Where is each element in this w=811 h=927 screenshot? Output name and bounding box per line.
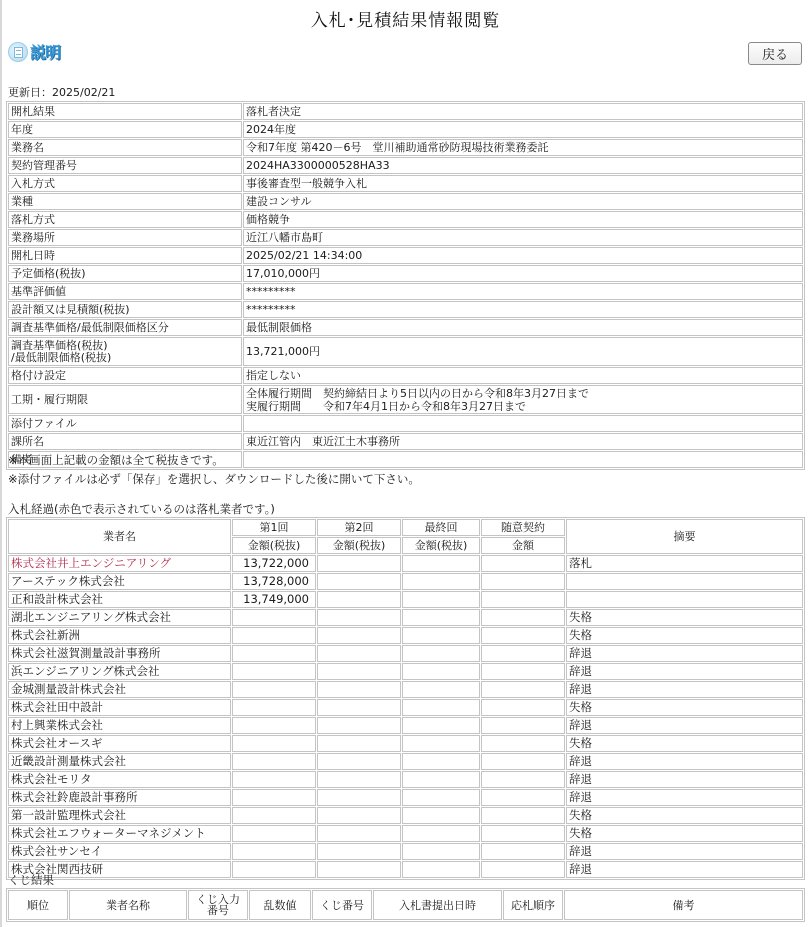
info-value: 2025/02/21 14:34:00 xyxy=(243,247,803,264)
info-row: 基準評価値********* xyxy=(8,283,803,300)
info-value: 令和7年度 第420－6号 堂川補助通常砂防現場技術業務委託 xyxy=(243,139,803,156)
negotiated-amount xyxy=(481,717,565,734)
header-round1: 第1回 xyxy=(232,519,316,536)
round1-amount xyxy=(232,735,316,752)
final-amount xyxy=(402,699,480,716)
final-amount xyxy=(402,753,480,770)
final-amount xyxy=(402,663,480,680)
info-row: 課所名東近江管内 東近江土木事務所 xyxy=(8,433,803,450)
negotiated-amount xyxy=(481,663,565,680)
header-amount: 金額(税抜) xyxy=(232,537,316,554)
round1-amount xyxy=(232,627,316,644)
bidder-name: 株式会社滋賀測量設計事務所 xyxy=(8,645,231,662)
attachment-cell xyxy=(243,415,803,432)
bid-history-caption: 入札経過(赤色で表示されているのは落札業者です。) xyxy=(8,501,275,517)
negotiated-amount xyxy=(481,753,565,770)
info-value: 事後審査型一般競争入札 xyxy=(243,175,803,192)
info-value: 指定しない xyxy=(243,367,803,384)
final-amount xyxy=(402,789,480,806)
bid-remarks: 失格 xyxy=(566,825,803,842)
bid-remarks: 辞退 xyxy=(566,681,803,698)
info-value: 落札者決定 xyxy=(243,103,803,120)
info-label: 予定価格(税抜) xyxy=(8,265,242,282)
bid-row: 村上興業株式会社辞退 xyxy=(8,717,803,734)
round1-amount xyxy=(232,789,316,806)
bidder-name: 株式会社新洲 xyxy=(8,627,231,644)
info-row: 業務場所近江八幡市島町 xyxy=(8,229,803,246)
negotiated-amount xyxy=(481,861,565,878)
info-value: ********* xyxy=(243,283,803,300)
round2-amount xyxy=(317,663,401,680)
negotiated-amount xyxy=(481,591,565,608)
bid-row: 湖北エンジニアリング株式会社失格 xyxy=(8,609,803,626)
info-value: 東近江管内 東近江土木事務所 xyxy=(243,433,803,450)
info-row: 年度2024年度 xyxy=(8,121,803,138)
bid-remarks: 失格 xyxy=(566,735,803,752)
bidder-name: アーステック株式会社 xyxy=(8,573,231,590)
final-amount xyxy=(402,591,480,608)
info-value: 13,721,000円 xyxy=(243,337,803,366)
info-row: 調査基準価格/最低制限価格区分最低制限価格 xyxy=(8,319,803,336)
info-row: 落札方式価格競争 xyxy=(8,211,803,228)
info-label: 落札方式 xyxy=(8,211,242,228)
info-label: 工期・履行期限 xyxy=(8,385,242,414)
round1-amount xyxy=(232,609,316,626)
info-row: 契約管理番号2024HA3300000528HA33 xyxy=(8,157,803,174)
header-final: 最終回 xyxy=(402,519,480,536)
bidder-name: 株式会社鈴鹿設計事務所 xyxy=(8,789,231,806)
bid-remarks: 辞退 xyxy=(566,771,803,788)
info-label: 契約管理番号 xyxy=(8,157,242,174)
round1-amount: 13,722,000 xyxy=(232,555,316,572)
header-amount: 金額(税抜) xyxy=(402,537,480,554)
info-row: 予定価格(税抜)17,010,000円 xyxy=(8,265,803,282)
round2-amount xyxy=(317,753,401,770)
round2-amount xyxy=(317,735,401,752)
info-row: 工期・履行期限 全体履行期間 契約締結日より5日以内の日から令和8年3月27日ま… xyxy=(8,385,803,414)
negotiated-amount xyxy=(481,681,565,698)
info-label: 設計額又は見積額(税抜) xyxy=(8,301,242,318)
bid-row: 近畿設計測量株式会社辞退 xyxy=(8,753,803,770)
info-value: 建設コンサル xyxy=(243,193,803,210)
round2-amount xyxy=(317,681,401,698)
info-value: 最低制限価格 xyxy=(243,319,803,336)
round2-amount xyxy=(317,843,401,860)
info-row: 業種建設コンサル xyxy=(8,193,803,210)
bid-remarks: 失格 xyxy=(566,699,803,716)
bidder-name: 株式会社井上エンジニアリング xyxy=(8,555,231,572)
bid-row: 株式会社モリタ辞退 xyxy=(8,771,803,788)
notes: ※本画面上記載の金額は全て税抜きです。 ※添付ファイルは必ず「保存」を選択し、ダ… xyxy=(8,451,420,489)
bid-remarks: 落札 xyxy=(566,555,803,572)
header-submission-datetime: 入札書提出日時 xyxy=(373,890,502,920)
header-amount: 金額(税抜) xyxy=(317,537,401,554)
page-title: 入札･見積結果情報閲覧 xyxy=(0,6,811,31)
bid-remarks: 辞退 xyxy=(566,843,803,860)
round1-amount xyxy=(232,681,316,698)
final-amount xyxy=(402,645,480,662)
header-bid-order: 応札順序 xyxy=(503,890,563,920)
info-row: 業務名令和7年度 第420－6号 堂川補助通常砂防現場技術業務委託 xyxy=(8,139,803,156)
info-value: 2024HA3300000528HA33 xyxy=(243,157,803,174)
updated-date: 更新日：2025/02/21 xyxy=(8,84,115,100)
info-value: 価格競争 xyxy=(243,211,803,228)
bidder-name: 株式会社オースギ xyxy=(8,735,231,752)
negotiated-amount xyxy=(481,573,565,590)
round2-amount xyxy=(317,627,401,644)
round2-amount xyxy=(317,807,401,824)
negotiated-amount xyxy=(481,555,565,572)
info-label: 調査基準価格/最低制限価格区分 xyxy=(8,319,242,336)
final-amount xyxy=(402,735,480,752)
info-label: 調査基準価格(税抜) /最低制限価格(税抜) xyxy=(8,337,242,366)
bid-remarks: 辞退 xyxy=(566,789,803,806)
bidder-name: 近畿設計測量株式会社 xyxy=(8,753,231,770)
bidder-name: 湖北エンジニアリング株式会社 xyxy=(8,609,231,626)
round2-amount xyxy=(317,861,401,878)
round2-amount xyxy=(317,591,401,608)
info-value: ********* xyxy=(243,301,803,318)
bid-row: 株式会社鈴鹿設計事務所辞退 xyxy=(8,789,803,806)
header-rank: 順位 xyxy=(8,890,68,920)
info-row: 開札結果落札者決定 xyxy=(8,103,803,120)
bid-row: 金城測量設計株式会社辞退 xyxy=(8,681,803,698)
bid-remarks xyxy=(566,573,803,590)
bidder-name: 正和設計株式会社 xyxy=(8,591,231,608)
final-amount xyxy=(402,555,480,572)
negotiated-amount xyxy=(481,771,565,788)
note-tax: ※本画面上記載の金額は全て税抜きです。 xyxy=(8,451,420,470)
header-random-value: 乱数値 xyxy=(249,890,311,920)
bid-row: 正和設計株式会社13,749,000 xyxy=(8,591,803,608)
info-row: 格付け設定指定しない xyxy=(8,367,803,384)
info-label: 業務名 xyxy=(8,139,242,156)
negotiated-amount xyxy=(481,609,565,626)
bid-remarks: 失格 xyxy=(566,627,803,644)
info-value: 2024年度 xyxy=(243,121,803,138)
final-amount xyxy=(402,843,480,860)
info-label: 課所名 xyxy=(8,433,242,450)
negotiated-amount xyxy=(481,789,565,806)
document-icon xyxy=(8,42,28,62)
negotiated-amount xyxy=(481,843,565,860)
bid-remarks: 失格 xyxy=(566,807,803,824)
bid-row: アーステック株式会社13,728,000 xyxy=(8,573,803,590)
info-label: 業務場所 xyxy=(8,229,242,246)
bidder-name: 株式会社サンセイ xyxy=(8,843,231,860)
negotiated-amount xyxy=(481,807,565,824)
negotiated-amount xyxy=(481,699,565,716)
bid-row: 株式会社エフウォーターマネジメント失格 xyxy=(8,825,803,842)
info-label-line2: /最低制限価格(税抜) xyxy=(11,352,239,364)
final-amount xyxy=(402,717,480,734)
bidder-name: 株式会社田中設計 xyxy=(8,699,231,716)
header-company: 業者名 xyxy=(8,519,231,554)
info-label: 開札結果 xyxy=(8,103,242,120)
round1-amount xyxy=(232,753,316,770)
round2-amount xyxy=(317,789,401,806)
round1-amount xyxy=(232,645,316,662)
info-label: 格付け設定 xyxy=(8,367,242,384)
round2-amount xyxy=(317,573,401,590)
info-value: 17,010,000円 xyxy=(243,265,803,282)
bid-row: 株式会社田中設計失格 xyxy=(8,699,803,716)
bid-row: 浜エンジニアリング株式会社辞退 xyxy=(8,663,803,680)
round1-amount xyxy=(232,861,316,878)
bid-history-table: 業者名 第1回 第2回 最終回 随意契約 摘要 金額(税抜) 金額(税抜) 金額… xyxy=(6,517,805,880)
info-value-line2: 実履行期間 令和7年4月1日から令和8年3月27日まで xyxy=(246,400,800,413)
help-label: 説明 xyxy=(30,40,60,63)
bid-remarks: 失格 xyxy=(566,609,803,626)
final-amount xyxy=(402,861,480,878)
bidder-name: 浜エンジニアリング株式会社 xyxy=(8,663,231,680)
round1-amount xyxy=(232,843,316,860)
info-label: 業種 xyxy=(8,193,242,210)
final-amount xyxy=(402,609,480,626)
bidder-name: 村上興業株式会社 xyxy=(8,717,231,734)
negotiated-amount xyxy=(481,825,565,842)
negotiated-amount xyxy=(481,645,565,662)
header-amount: 金額 xyxy=(481,537,565,554)
final-amount xyxy=(402,771,480,788)
info-value: 近江八幡市島町 xyxy=(243,229,803,246)
final-amount xyxy=(402,807,480,824)
header-remarks: 備考 xyxy=(564,890,803,920)
bid-row: 株式会社新洲失格 xyxy=(8,627,803,644)
round1-amount xyxy=(232,807,316,824)
header-round2: 第2回 xyxy=(317,519,401,536)
info-row: 入札方式事後審査型一般競争入札 xyxy=(8,175,803,192)
header-lot-number: くじ番号 xyxy=(312,890,372,920)
round1-amount: 13,728,000 xyxy=(232,573,316,590)
bid-remarks: 辞退 xyxy=(566,861,803,878)
info-table: 開札結果落札者決定 年度2024年度 業務名令和7年度 第420－6号 堂川補助… xyxy=(6,101,805,470)
info-value-line1: 全体履行期間 契約締結日より5日以内の日から令和8年3月27日まで xyxy=(246,387,800,400)
info-label: 入札方式 xyxy=(8,175,242,192)
negotiated-amount xyxy=(481,735,565,752)
final-amount xyxy=(402,627,480,644)
header-remarks: 摘要 xyxy=(566,519,803,554)
round2-amount xyxy=(317,555,401,572)
header-company-name: 業者名称 xyxy=(69,890,187,920)
bid-remarks xyxy=(566,591,803,608)
info-row: 調査基準価格(税抜) /最低制限価格(税抜) 13,721,000円 xyxy=(8,337,803,366)
round2-amount xyxy=(317,699,401,716)
bid-row: 株式会社井上エンジニアリング13,722,000落札 xyxy=(8,555,803,572)
bid-remarks: 辞退 xyxy=(566,753,803,770)
info-value: 全体履行期間 契約締結日より5日以内の日から令和8年3月27日まで 実履行期間 … xyxy=(243,385,803,414)
round1-amount: 13,749,000 xyxy=(232,591,316,608)
bid-row: 株式会社関西技研辞退 xyxy=(8,861,803,878)
negotiated-amount xyxy=(481,627,565,644)
info-row: 添付ファイル xyxy=(8,415,803,432)
bid-row: 株式会社滋賀測量設計事務所辞退 xyxy=(8,645,803,662)
bid-remarks: 辞退 xyxy=(566,663,803,680)
header-lot-input-number: くじ入力番号 xyxy=(188,890,248,920)
round1-amount xyxy=(232,699,316,716)
round1-amount xyxy=(232,771,316,788)
info-label: 年度 xyxy=(8,121,242,138)
round1-amount xyxy=(232,825,316,842)
bidder-name: 株式会社モリタ xyxy=(8,771,231,788)
info-row: 設計額又は見積額(税抜)********* xyxy=(8,301,803,318)
info-label-line1: 調査基準価格(税抜) xyxy=(11,340,239,352)
round2-amount xyxy=(317,717,401,734)
bid-row: 株式会社サンセイ辞退 xyxy=(8,843,803,860)
info-label: 開札日時 xyxy=(8,247,242,264)
final-amount xyxy=(402,825,480,842)
round1-amount xyxy=(232,717,316,734)
round2-amount xyxy=(317,771,401,788)
info-row: 開札日時2025/02/21 14:34:00 xyxy=(8,247,803,264)
bidder-name: 株式会社エフウォーターマネジメント xyxy=(8,825,231,842)
info-label: 添付ファイル xyxy=(8,415,242,432)
bidder-name: 第一設計監理株式会社 xyxy=(8,807,231,824)
bid-row: 株式会社オースギ失格 xyxy=(8,735,803,752)
final-amount xyxy=(402,573,480,590)
bid-remarks: 辞退 xyxy=(566,717,803,734)
bidder-name: 金城測量設計株式会社 xyxy=(8,681,231,698)
lottery-caption: くじ結果 xyxy=(8,872,54,888)
note-attachment: ※添付ファイルは必ず「保存」を選択し、ダウンロードした後に開いて下さい。 xyxy=(8,470,420,489)
header-negotiated: 随意契約 xyxy=(481,519,565,536)
round1-amount xyxy=(232,663,316,680)
round2-amount xyxy=(317,609,401,626)
bid-row: 第一設計監理株式会社失格 xyxy=(8,807,803,824)
round2-amount xyxy=(317,825,401,842)
round2-amount xyxy=(317,645,401,662)
final-amount xyxy=(402,681,480,698)
help-link[interactable]: 説明 xyxy=(8,40,60,63)
info-label: 基準評価値 xyxy=(8,283,242,300)
lottery-table: 順位 業者名称 くじ入力番号 乱数値 くじ番号 入札書提出日時 応札順序 備考 xyxy=(6,888,805,922)
back-button[interactable]: 戻る xyxy=(748,42,802,65)
bid-remarks: 辞退 xyxy=(566,645,803,662)
page-left-border xyxy=(0,0,2,927)
